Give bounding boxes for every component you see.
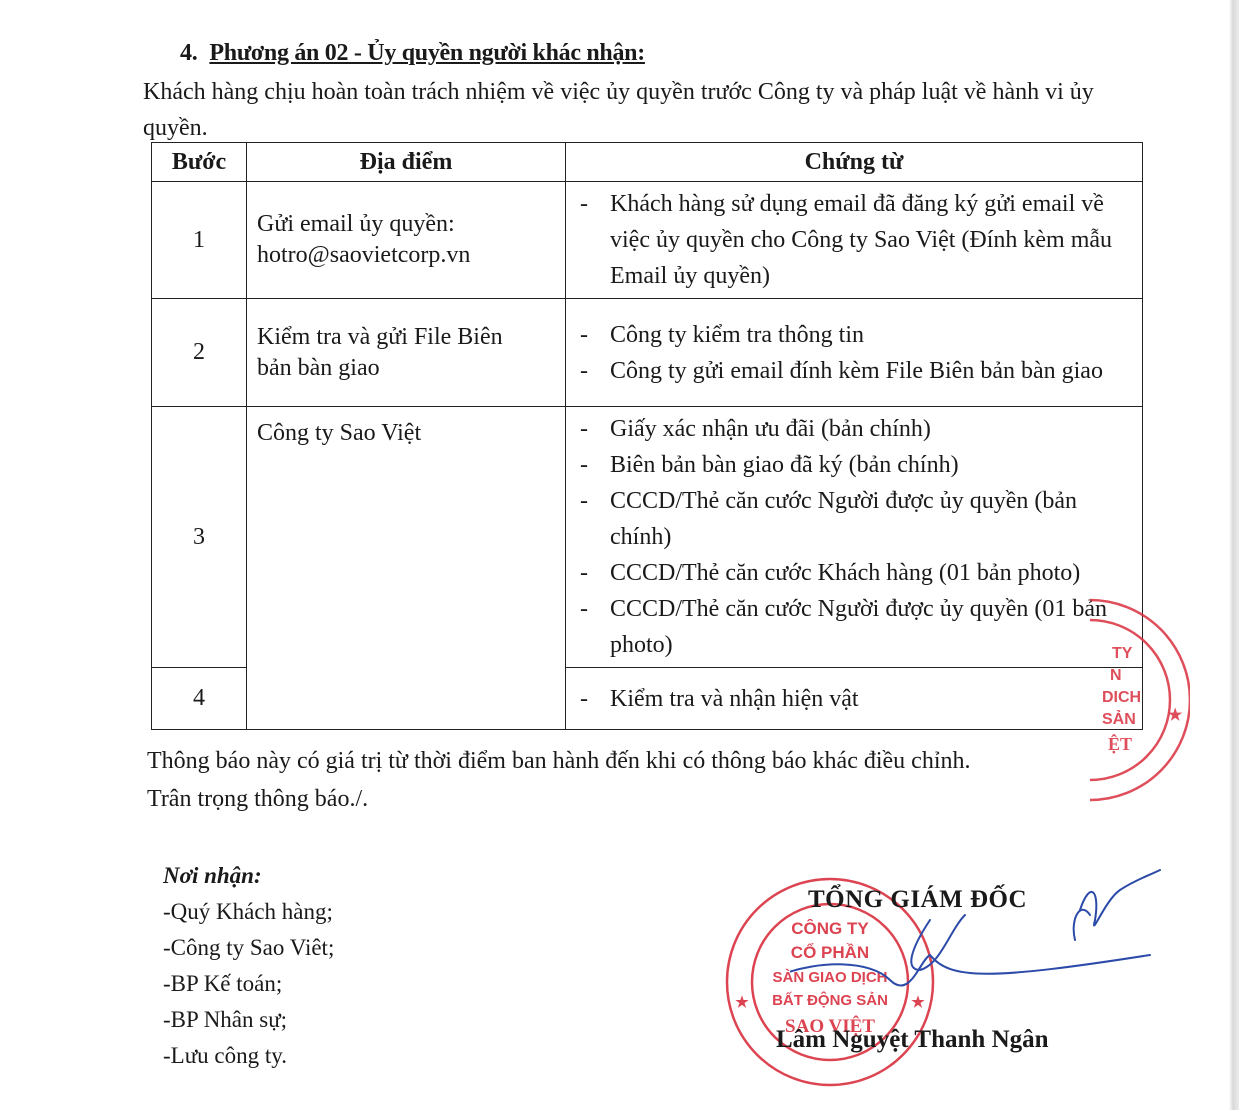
header-documents: Chứng từ <box>566 143 1143 182</box>
location-text: Công ty Sao Việt <box>257 418 565 449</box>
table-row: 3 Công ty Sao Việt Giấy xác nhận ưu đãi … <box>152 407 1143 668</box>
recipient-item: -BP Kế toán; <box>163 966 334 1002</box>
document-item: Khách hàng sử dụng email đã đăng ký gửi … <box>580 186 1136 294</box>
step-number: 3 <box>152 407 247 668</box>
recipient-item: -Công ty Sao Viêt; <box>163 930 334 966</box>
section-title: Phương án 02 - Ủy quyền người khác nhận: <box>209 40 645 66</box>
section-heading: 4.Phương án 02 - Ủy quyền người khác nhậ… <box>180 40 645 67</box>
documents-cell: Giấy xác nhận ưu đãi (bản chính) Biên bả… <box>566 407 1143 668</box>
validity-statement: Thông báo này có giá trị từ thời điểm ba… <box>147 742 971 780</box>
document-item: Công ty gửi email đính kèm File Biên bản… <box>580 353 1136 389</box>
document-item: Kiểm tra và nhận hiện vật <box>580 681 1136 717</box>
location-text: bản bàn giao <box>257 353 565 384</box>
header-step: Bước <box>152 143 247 182</box>
document-item: Công ty kiểm tra thông tin <box>580 317 1136 353</box>
documents-cell: Công ty kiểm tra thông tin Công ty gửi e… <box>566 299 1143 407</box>
svg-text:ỆT: ỆT <box>1108 733 1132 754</box>
document-item: CCCD/Thẻ căn cước Khách hàng (01 bản pho… <box>580 555 1136 591</box>
signatory-name: Lâm Nguyệt Thanh Ngân <box>776 1026 1049 1054</box>
documents-cell: Kiểm tra và nhận hiện vật <box>566 668 1143 730</box>
svg-text:SÀN GIAO DỊCH: SÀN GIAO DỊCH <box>772 969 887 986</box>
table-row: 1 Gửi email ủy quyền: hotro@saovietcorp.… <box>152 182 1143 299</box>
svg-text:★: ★ <box>1168 707 1183 724</box>
recipient-item: -BP Nhân sự; <box>163 1002 334 1038</box>
document-item: CCCD/Thẻ căn cước Người được ủy quyền (0… <box>580 591 1136 663</box>
svg-text:★: ★ <box>911 994 925 1011</box>
location-text: Gửi email ủy quyền: <box>257 209 565 240</box>
page-edge <box>1229 0 1239 1110</box>
recipient-item: -Lưu công ty. <box>163 1038 334 1074</box>
location-cell: Kiểm tra và gửi File Biên bản bàn giao <box>247 299 566 407</box>
signature-title: TỔNG GIÁM ĐỐC <box>808 886 1027 914</box>
steps-table: Bước Địa điểm Chứng từ 1 Gửi email ủy qu… <box>151 142 1143 730</box>
table-header-row: Bước Địa điểm Chứng từ <box>152 143 1143 182</box>
svg-text:CÔNG TY: CÔNG TY <box>791 919 869 938</box>
location-text: Kiểm tra và gửi File Biên <box>257 322 565 353</box>
section-number: 4. <box>180 40 197 66</box>
location-cell: Gửi email ủy quyền: hotro@saovietcorp.vn <box>247 182 566 299</box>
regards-text: Trân trọng thông báo./. <box>147 780 971 818</box>
svg-text:BẤT ĐỘNG SẢN: BẤT ĐỘNG SẢN <box>772 991 888 1009</box>
location-cell: Công ty Sao Việt <box>247 407 566 730</box>
svg-text:★: ★ <box>735 994 749 1011</box>
table-row: 2 Kiểm tra và gửi File Biên bản bàn giao… <box>152 299 1143 407</box>
document-item: CCCD/Thẻ căn cước Người được ủy quyền (b… <box>580 483 1136 555</box>
closing-block: Thông báo này có giá trị từ thời điểm ba… <box>147 742 971 818</box>
section-intro: Khách hàng chịu hoàn toàn trách nhiệm về… <box>143 74 1133 146</box>
step-number: 2 <box>152 299 247 407</box>
document-item: Biên bản bàn giao đã ký (bản chính) <box>580 447 1136 483</box>
documents-cell: Khách hàng sử dụng email đã đăng ký gửi … <box>566 182 1143 299</box>
document-item: Giấy xác nhận ưu đãi (bản chính) <box>580 411 1136 447</box>
recipients-heading: Nơi nhận: <box>163 858 334 894</box>
header-location: Địa điểm <box>247 143 566 182</box>
recipient-item: -Quý Khách hàng; <box>163 894 334 930</box>
step-number: 1 <box>152 182 247 299</box>
svg-text:CỔ PHẦN: CỔ PHẦN <box>791 943 869 962</box>
step-number: 4 <box>152 668 247 730</box>
email-link[interactable]: hotro@saovietcorp.vn <box>257 240 565 271</box>
recipients-block: Nơi nhận: -Quý Khách hàng; -Công ty Sao … <box>163 858 334 1074</box>
